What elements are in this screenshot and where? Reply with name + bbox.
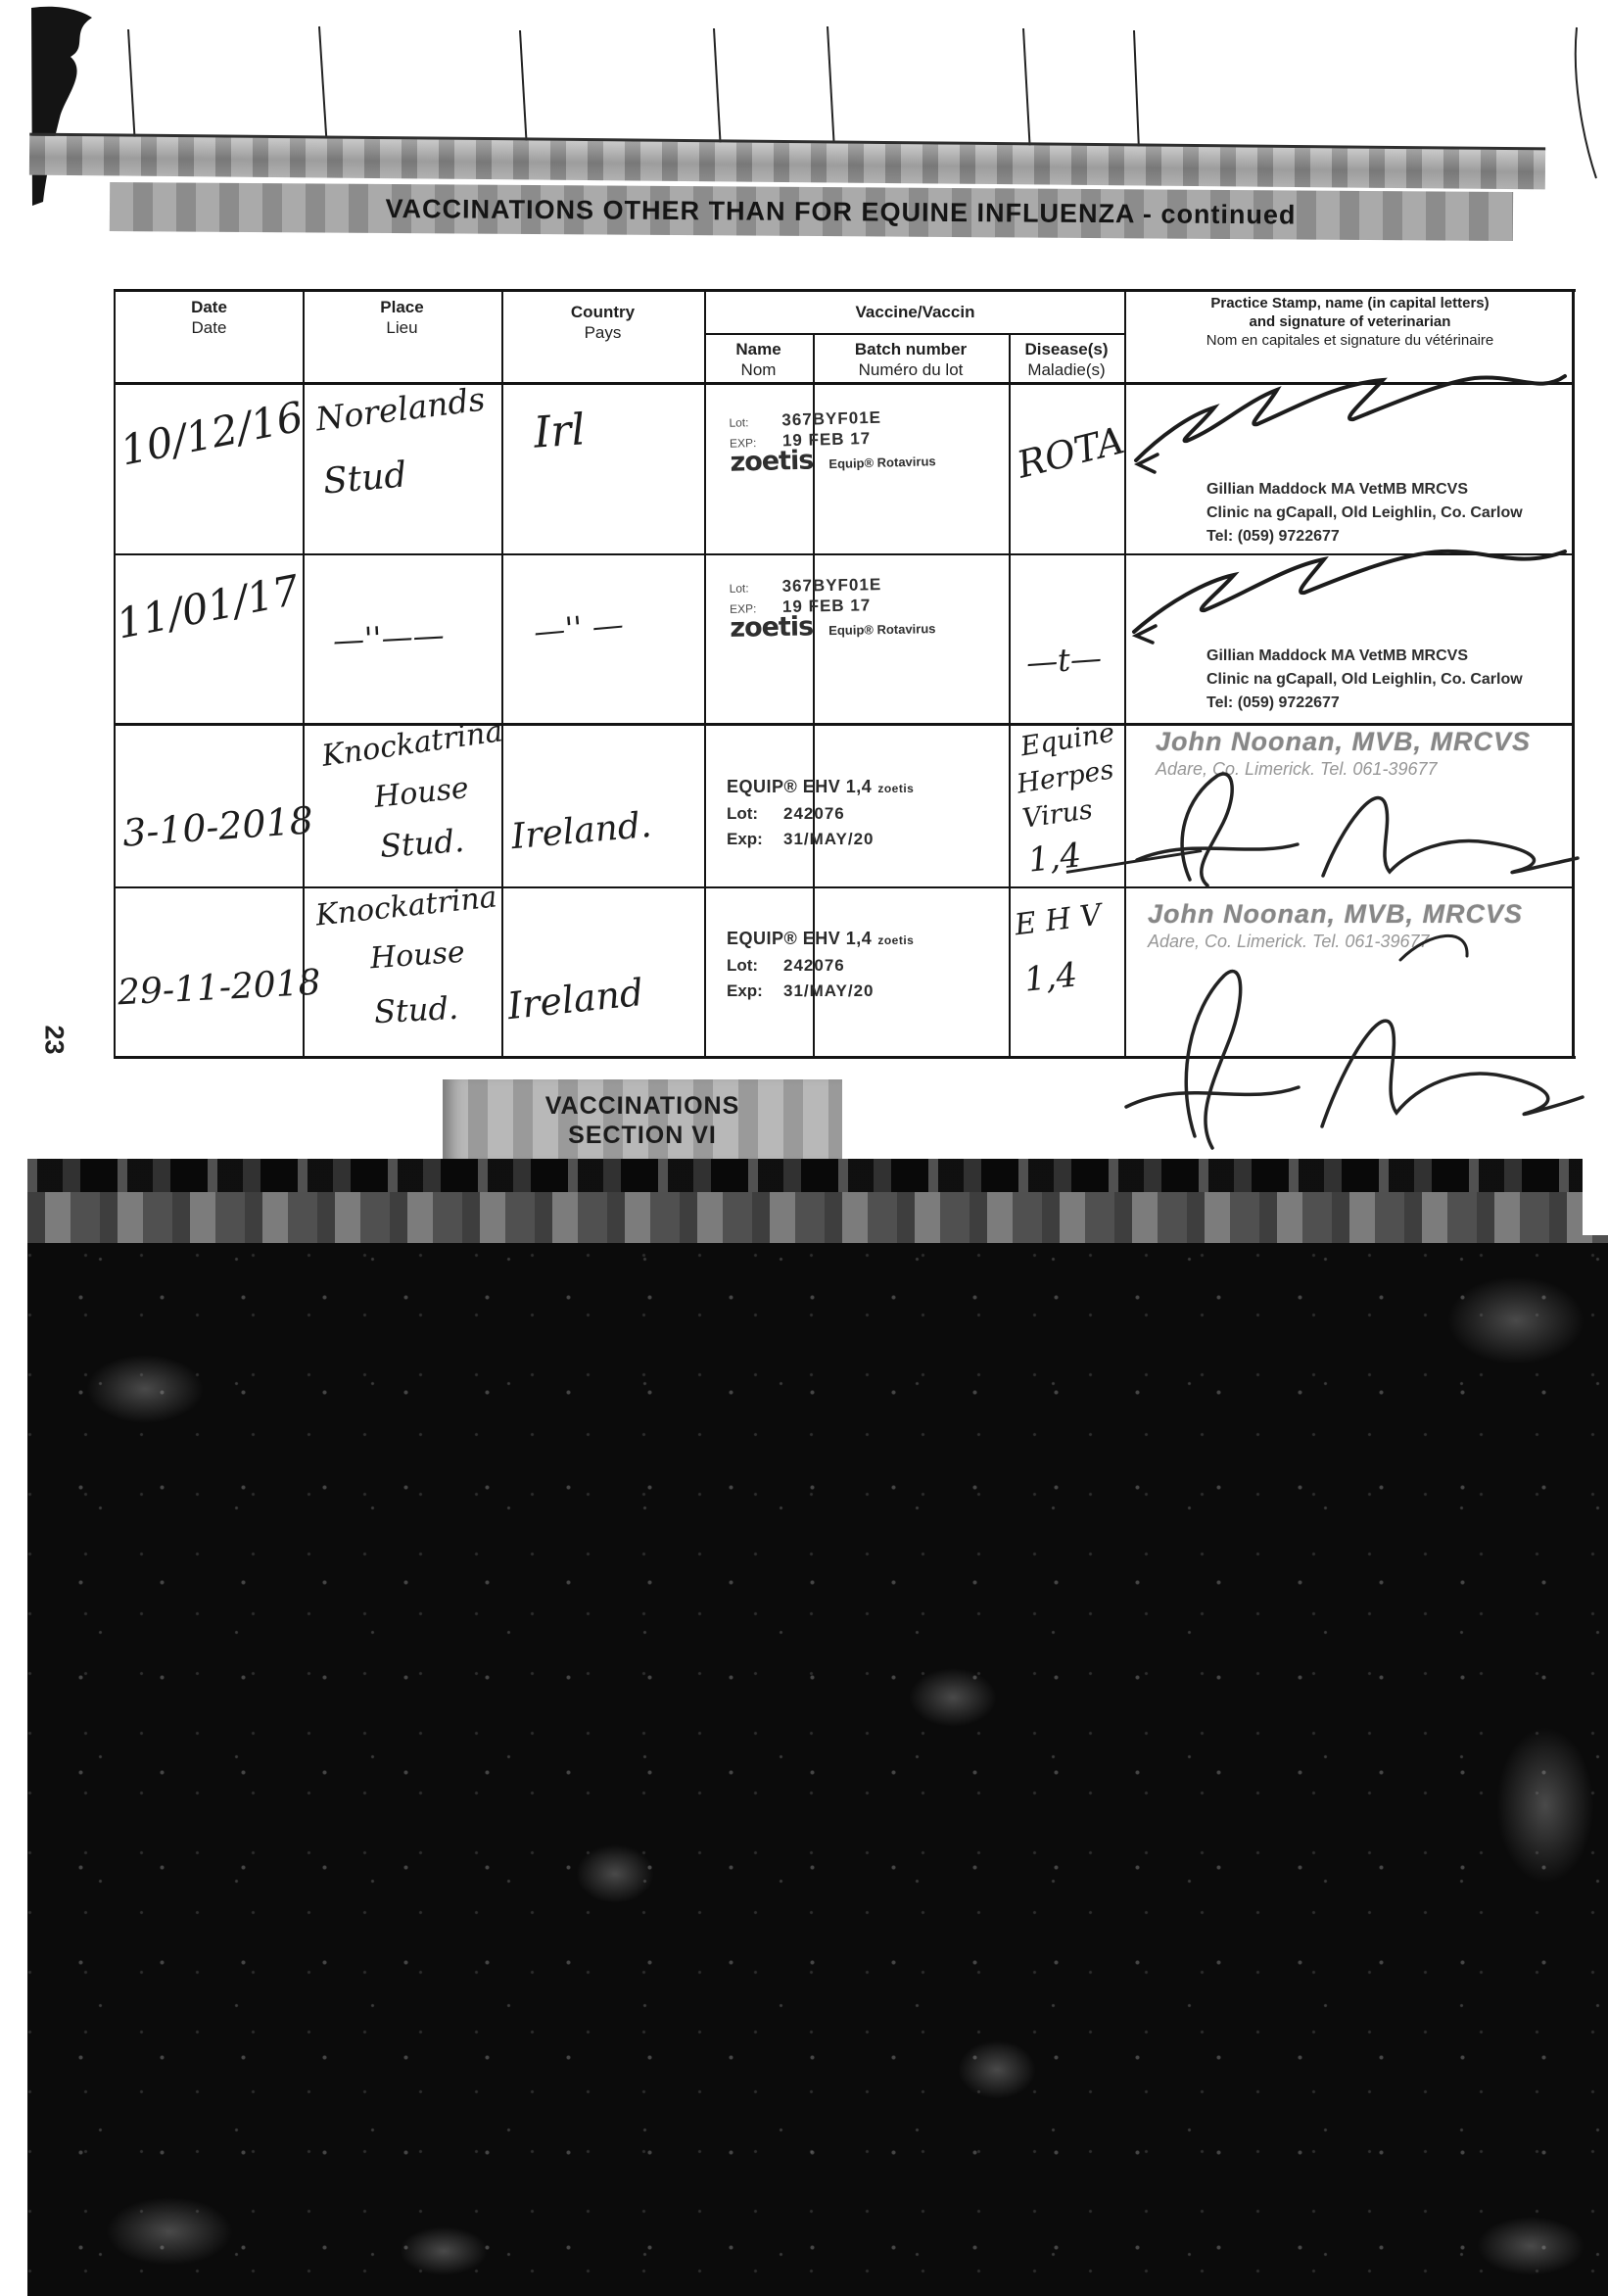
header-stamp-line1: Practice Stamp, name (in capital letters… — [1126, 294, 1574, 312]
col-header-stamp: Practice Stamp, name (in capital letters… — [1126, 294, 1574, 350]
row4-country: Ireland — [505, 971, 645, 1028]
row4-disease-line1: E H V — [1013, 898, 1103, 943]
scan-smudge — [86, 1355, 204, 1423]
section-tab-line2: SECTION VI — [568, 1121, 717, 1150]
header-stamp-line2: and signature of veterinarian — [1126, 312, 1574, 331]
expiry-date: 31/MAY/20 — [783, 830, 874, 848]
scan-smudge — [958, 2040, 1036, 2099]
header-country-fr: Pays — [501, 322, 704, 343]
row2-place-ditto: —''—— — [332, 616, 445, 659]
expiry-date: 31/MAY/20 — [783, 981, 874, 1000]
page-margin-notch — [1583, 1159, 1608, 1235]
header-disease-en: Disease(s) — [1009, 339, 1124, 359]
exp-label: Exp: — [727, 979, 783, 1004]
photo-edge-band — [27, 1159, 1608, 1192]
row3-disease-line2: Herpes — [1015, 754, 1115, 799]
col-header-place: Place Lieu — [303, 297, 501, 338]
product-name: Equip® Rotavirus — [828, 621, 936, 638]
table-line — [114, 289, 116, 1059]
product-name: EQUIP® EHV 1,4 — [727, 777, 872, 796]
table-line — [1009, 333, 1011, 1058]
row1-place-line1: Norelands — [313, 380, 487, 439]
section-tab: VACCINATIONS SECTION VI — [443, 1079, 842, 1162]
row4-place-line3: Stud. — [373, 989, 459, 1030]
table-line — [704, 333, 1126, 335]
section-tab-line1: VACCINATIONS — [545, 1091, 740, 1121]
scan-smudge — [1447, 1276, 1584, 1364]
table-line — [704, 289, 706, 1058]
header-vaccine-group: Vaccine/Vaccin — [704, 302, 1126, 322]
row2-vet-stamp: Gillian Maddock MA VetMB MRCVS Clinic na… — [1206, 645, 1523, 715]
scan-smudge — [106, 2197, 233, 2266]
exp-label: Exp: — [727, 827, 783, 852]
header-date-en: Date — [116, 297, 303, 317]
header-place-fr: Lieu — [303, 317, 501, 338]
scan-smudge — [909, 1668, 997, 1727]
header-name-en: Name — [704, 339, 813, 359]
page-number: 23 — [39, 1025, 70, 1054]
scan-smudge — [400, 2226, 488, 2275]
dark-photo-region — [27, 1159, 1608, 2296]
scanned-passport-page: VACCINATIONS OTHER THAN FOR EQUINE INFLU… — [0, 0, 1608, 2296]
vet-name: Gillian Maddock MA VetMB MRCVS — [1206, 478, 1523, 502]
lot-label: Lot: — [727, 801, 783, 827]
batch-number: 367BYF01E — [781, 575, 881, 596]
zoetis-logo: zoetis — [877, 933, 914, 947]
header-date-fr: Date — [116, 317, 303, 338]
table-line — [114, 723, 1574, 726]
row4-disease-line2: 1,4 — [1022, 955, 1079, 999]
row2-vaccine-stamp: Lot:367BYF01E EXP:19 FEB 17 zoetisEquip®… — [729, 574, 935, 643]
vet-address: Clinic na gCapall, Old Leighlin, Co. Car… — [1206, 502, 1523, 525]
col-header-disease: Disease(s) Maladie(s) — [1009, 339, 1124, 380]
product-name: Equip® Rotavirus — [828, 454, 936, 471]
scan-smudge — [576, 1844, 654, 1903]
col-header-batch: Batch number Numéro du lot — [813, 339, 1009, 380]
row1-vaccine-stamp: Lot:367BYF01E EXP:19 FEB 17 zoetisEquip®… — [729, 407, 936, 476]
col-header-name: Name Nom — [704, 339, 813, 380]
lot-label: Lot: — [729, 578, 781, 598]
vet-address: Clinic na gCapall, Old Leighlin, Co. Car… — [1206, 668, 1523, 692]
row4-date: 29-11-2018 — [117, 963, 321, 1014]
zoetis-logo: zoetis — [730, 611, 813, 643]
col-header-date: Date Date — [116, 297, 303, 338]
row1-vet-stamp: Gillian Maddock MA VetMB MRCVS Clinic na… — [1206, 478, 1523, 549]
row3-disease-line3: Virus — [1020, 794, 1094, 835]
row3-place-line3: Stud. — [379, 822, 465, 865]
batch-number: 367BYF01E — [781, 408, 881, 430]
header-country-en: Country — [501, 302, 704, 322]
photo-black-area — [27, 1243, 1608, 2296]
table-line — [501, 289, 503, 1058]
row1-place-line2: Stud — [321, 454, 408, 502]
batch-number: 242076 — [783, 804, 845, 823]
zoetis-logo: zoetis — [877, 782, 914, 795]
header-batch-fr: Numéro du lot — [813, 359, 1009, 380]
zoetis-logo: zoetis — [730, 446, 814, 478]
col-header-country: Country Pays — [501, 302, 704, 343]
table-line — [114, 289, 1576, 292]
row1-vet-signature — [1128, 370, 1571, 480]
lot-label: Lot: — [727, 953, 783, 979]
page-title-text: VACCINATIONS OTHER THAN FOR EQUINE INFLU… — [385, 193, 1296, 229]
row3-place-line2: House — [372, 771, 470, 815]
page-title: VACCINATIONS OTHER THAN FOR EQUINE INFLU… — [110, 182, 1513, 241]
photo-gray-band — [27, 1192, 1608, 1243]
header-name-fr: Nom — [704, 359, 813, 380]
row2-vet-signature — [1128, 544, 1571, 646]
row4-vet-signature — [1107, 921, 1586, 1156]
row3-vet-signature — [1131, 762, 1591, 887]
row3-date: 3-10-2018 — [121, 798, 315, 854]
scan-smudge — [1496, 1727, 1594, 1884]
header-stamp-line3: Nom en capitales et signature du vétérin… — [1126, 331, 1574, 350]
product-name: EQUIP® EHV 1,4 — [727, 929, 872, 948]
col-header-vaccine-group: Vaccine/Vaccin — [704, 302, 1126, 322]
row4-vaccine-stamp: EQUIP® EHV 1,4zoetis Lot:242076 Exp:31/M… — [727, 926, 914, 1004]
row1-country: Irl — [532, 405, 587, 458]
row1-disease: ROTA — [1013, 418, 1128, 486]
batch-number: 242076 — [783, 956, 845, 975]
row2-disease-ditto: —t— — [1025, 639, 1103, 681]
vet-name: Gillian Maddock MA VetMB MRCVS — [1206, 645, 1523, 668]
scan-smudge — [1477, 2217, 1584, 2275]
row2-country-ditto: —'' — — [533, 605, 626, 650]
lot-label: Lot: — [729, 411, 782, 432]
row3-country: Ireland. — [509, 805, 652, 857]
vet-name: John Noonan, MVB, MRCVS — [1156, 727, 1531, 757]
row4-place-line2: House — [369, 935, 466, 977]
row2-date: 11/01/17 — [113, 565, 304, 647]
row1-date: 10/12/16 — [117, 392, 307, 474]
header-place-en: Place — [303, 297, 501, 317]
row3-disease-line4: 1,4 — [1026, 836, 1083, 880]
header-batch-en: Batch number — [813, 339, 1009, 359]
row3-vaccine-stamp: EQUIP® EHV 1,4zoetis Lot:242076 Exp:31/M… — [727, 774, 914, 852]
header-disease-fr: Maladie(s) — [1009, 359, 1124, 380]
table-line — [303, 289, 305, 1058]
vet-phone: Tel: (059) 9722677 — [1206, 692, 1523, 715]
